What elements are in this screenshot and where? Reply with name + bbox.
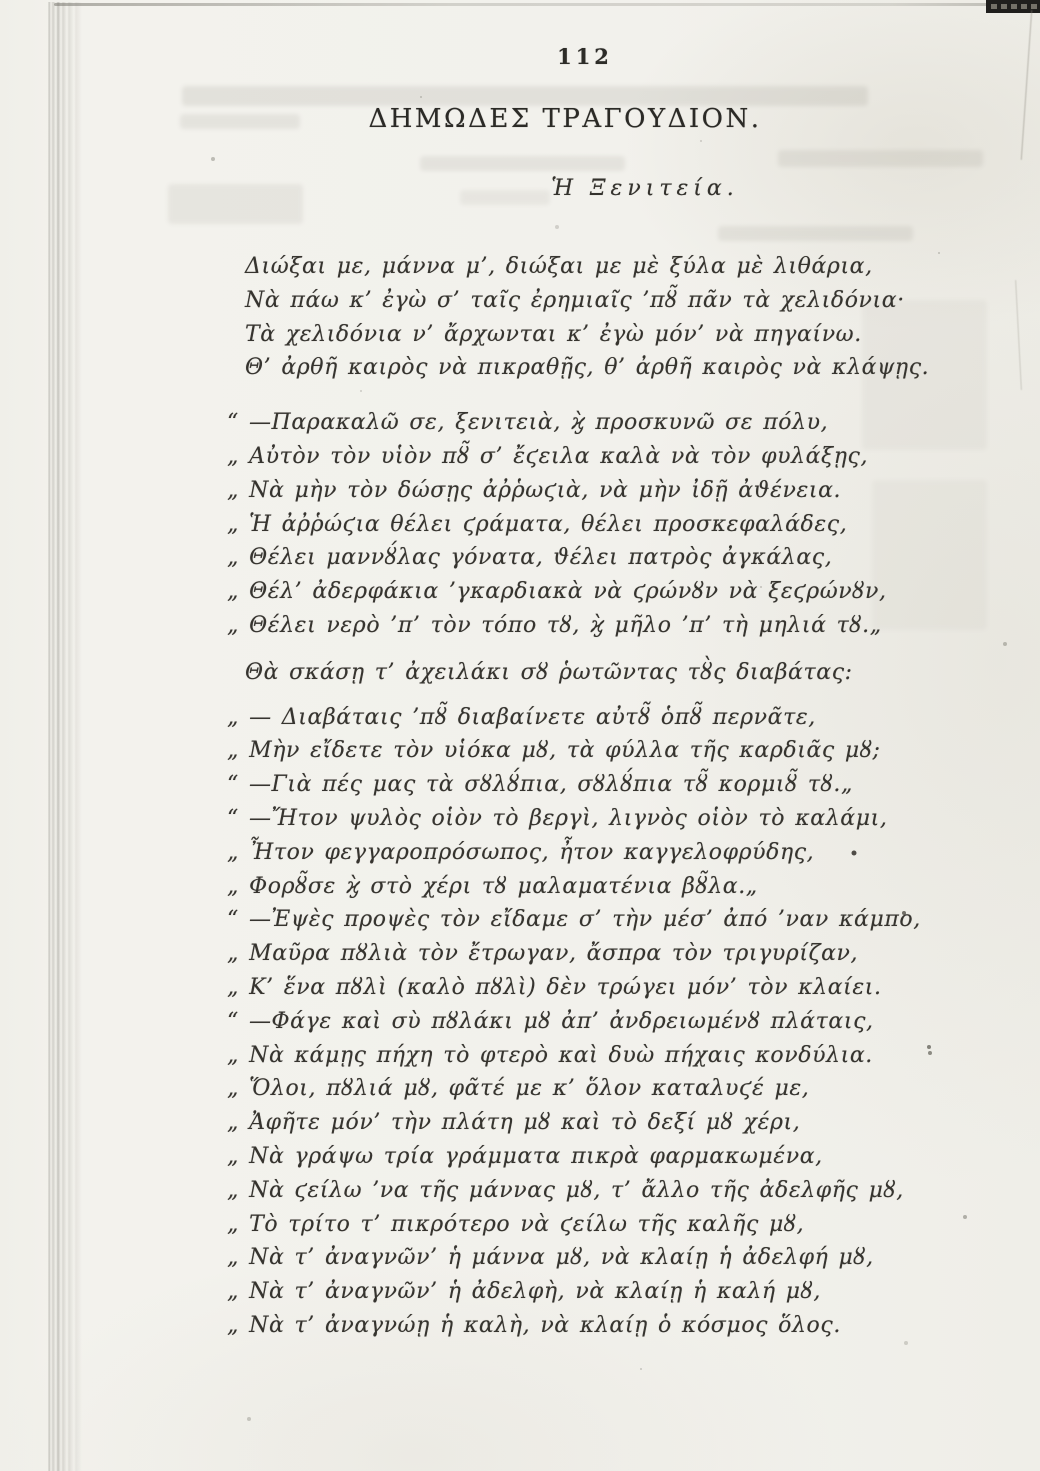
poem-line: „ Νὰ γράψω τρία γράμματα πικρὰ φαρμακωμέ… bbox=[245, 1140, 975, 1174]
poem-line: „ Θέλει μαννȣ́λας γόνατα, ϑέλει πατρὸς ἀ… bbox=[245, 541, 975, 575]
poem-line: “ —Φάγε καὶ σὺ πȣλάκι μȣ ἀπ’ ἀνδρειωμένȣ… bbox=[245, 1005, 975, 1039]
poem-line: Διώξαι με, μάννα μ’, διώξαι με μὲ ξύλα μ… bbox=[245, 250, 975, 284]
poem-line: „ Νὰ τ’ ἀναγνώῃ ἡ καλὴ, νὰ κλαίῃ ὁ κόσμο… bbox=[245, 1309, 975, 1343]
paper-crack bbox=[1021, 10, 1032, 160]
stanza: „ — Διαβάταις ’πȣ̃ διαβαίνετε αὐτȣ̃ ὁπȣ̃… bbox=[245, 701, 975, 1343]
poem-line: “ —Παρακαλῶ σε, ξενιτειὰ, ϗ̀ προσκυνῶ σε… bbox=[245, 406, 975, 440]
poem-line: Νὰ πάω κ’ ἐγὼ σ’ ταῖς ἐρημιαῖς ’πȣ̃ πᾶν … bbox=[245, 284, 975, 318]
stanza: Διώξαι με, μάννα μ’, διώξαι με μὲ ξύλα μ… bbox=[245, 250, 975, 385]
ghost-bleedthrough bbox=[420, 156, 625, 171]
page-number: 112 bbox=[335, 44, 835, 69]
poem-line: „ Μαῦρα πȣλιὰ τὸν ἔτρωγαν, ἄσπρα τὸν τρι… bbox=[245, 937, 975, 971]
poem-line: „ Νὰ μὴν τὸν δώσῃς ἀῤῥωϛιὰ, νὰ μὴν ἰδῇ ἀ… bbox=[245, 474, 975, 508]
poem-line: Θ’ ἀρθῆ καιρὸς νὰ πικραθῇς, θ’ ἀρθῆ καιρ… bbox=[245, 351, 975, 385]
poem-body: Διώξαι με, μάννα μ’, διώξαι με μὲ ξύλα μ… bbox=[245, 250, 975, 1343]
ghost-bleedthrough bbox=[180, 114, 300, 129]
poem-line: „ Θέλει νερὸ ’π’ τὸν τόπο τȣ, ϗ̀ μῆλο ’π… bbox=[245, 609, 975, 643]
ink-specks bbox=[0, 0, 2, 2]
stanza: Θὰ σκάσῃ τ’ ἀχειλάκι σȣ ῥωτῶντας τȣ̀ς δι… bbox=[245, 656, 975, 690]
poem-line: „ Νὰ τ’ ἀναγνῶν’ ἡ μάννα μȣ, νὰ κλαίῃ ἡ … bbox=[245, 1241, 975, 1275]
poem-line: „ Ἀφῆτε μόν’ τὴν πλάτη μȣ καὶ τὸ δεξί μȣ… bbox=[245, 1106, 975, 1140]
page-edge-stripes bbox=[48, 2, 82, 1471]
poem-line: “ —Ἤτον ψυλὸς οἱὸν τὸ βεργὶ, λιγνὸς οἱὸν… bbox=[245, 802, 975, 836]
poem-line: “ —Γιὰ πές μας τὰ σȣλȣ́πια, σȣλȣ́πια τȣ̃… bbox=[245, 768, 975, 802]
poem-line: Θὰ σκάσῃ τ’ ἀχειλάκι σȣ ῥωτῶντας τȣ̀ς δι… bbox=[245, 656, 975, 690]
poem-line: „ Ἡ ἀῤῥώϛια θέλει ϛράματα, θέλει προσκεφ… bbox=[245, 508, 975, 542]
poem-line: “ —Ἐψὲς προψὲς τὸν εἴδαμε σ’ τὴν μέσ’ ἀπ… bbox=[245, 903, 975, 937]
poem-line: „ Τὸ τρίτο τ’ πικρότερο νὰ ϛείλω τῆς καλ… bbox=[245, 1208, 975, 1242]
page-top-edge bbox=[54, 3, 1040, 6]
poem-line: „ Ὅλοι, πȣλιά μȣ, φᾶτέ με κ’ ὅλον καταλυ… bbox=[245, 1072, 975, 1106]
poem-line: „ — Διαβάταις ’πȣ̃ διαβαίνετε αὐτȣ̃ ὁπȣ̃… bbox=[245, 701, 975, 735]
poem-line: Τὰ χελιδόνια ν’ ἄρχωνται κ’ ἐγὼ μόν’ νὰ … bbox=[245, 318, 975, 352]
poem-line: „ Θέλ’ ἀδερφάκια ’γκαρδιακὰ νὰ ϛρώνȣν νὰ… bbox=[245, 575, 975, 609]
poem-line: „ Νὰ τ’ ἀναγνῶν’ ἡ ἀδελφὴ, νὰ κλαίῃ ἡ κα… bbox=[245, 1275, 975, 1309]
book-page-scan: 112 ΔΗΜΩΔΕΣ ΤΡΑΓΟΥΔΙΟΝ. Ἡ Ξενιτεία. Διώξ… bbox=[0, 0, 1040, 1471]
poem-line: „ Νὰ ϛείλω ’να τῆς μάννας μȣ, τ’ ἄλλο τῆ… bbox=[245, 1174, 975, 1208]
page-title: ΔΗΜΩΔΕΣ ΤΡΑΓΟΥΔΙΟΝ. bbox=[300, 104, 830, 134]
poem-subtitle: Ἡ Ξενιτεία. bbox=[380, 176, 910, 201]
poem-line: „ Αὐτὸν τὸν υἱὸν πȣ̃ σ’ ἔϛειλα καλὰ νὰ τ… bbox=[245, 440, 975, 474]
ghost-bleedthrough bbox=[168, 184, 303, 224]
poem-line: „ Νὰ κάμῃς πήχη τὸ φτερὸ καὶ δυὼ πήχαις … bbox=[245, 1039, 975, 1073]
ghost-bleedthrough bbox=[718, 226, 913, 241]
ghost-bleedthrough bbox=[182, 86, 868, 106]
poem-line: „ Κ’ ἕνα πȣλὶ (καλὸ πȣλὶ) δὲν τρώγει μόν… bbox=[245, 971, 975, 1005]
poem-line: „ Ἦτον φεγγαροπρόσωπος, ἦτον καγγελοφρύδ… bbox=[245, 836, 975, 870]
poem-line: „ Μὴν εἴδετε τὸν υἱόκα μȣ, τὰ φύλλα τῆς … bbox=[245, 734, 975, 768]
poem-line: „ Φορȣ̃σε ϗ̀ στὸ χέρι τȣ μαλαματένια βȣ̃… bbox=[245, 870, 975, 904]
paper-crack bbox=[1015, 280, 1022, 390]
ghost-bleedthrough bbox=[778, 150, 983, 167]
stanza: “ —Παρακαλῶ σε, ξενιτειὰ, ϗ̀ προσκυνῶ σε… bbox=[245, 406, 975, 643]
